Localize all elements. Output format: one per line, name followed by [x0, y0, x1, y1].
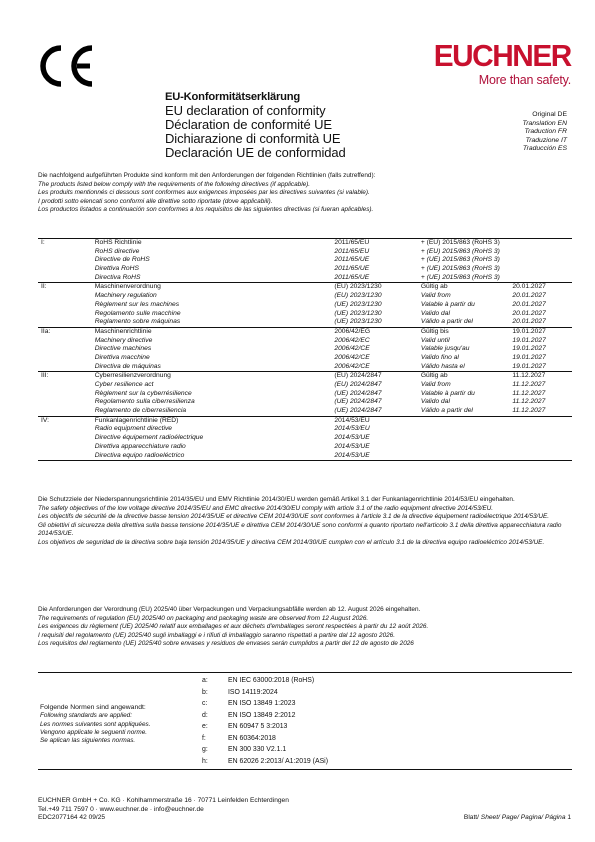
- directive-date: 19.01.2027: [512, 328, 572, 337]
- document-id: EDC2077164 42 09/25: [38, 814, 289, 823]
- standards-label-fr: Les normes suivantes sont appliquées.: [40, 721, 150, 729]
- lang-fr: Traduction FR: [523, 128, 567, 137]
- intro-fr: Les produits mentionnés ci dessous sont …: [38, 189, 568, 198]
- standard-item: g:EN 300 330 V2.1.1: [202, 744, 328, 756]
- euchner-logo: EUCHNER More than safety.: [428, 40, 571, 87]
- standard-name: ISO 14119:2024: [228, 687, 278, 699]
- directive-name: Machinery regulation: [95, 292, 335, 301]
- directive-name: Règlement sur la cyberrésilience: [95, 390, 335, 399]
- directive-number: [38, 265, 95, 274]
- directive-validity: Valid until: [421, 337, 512, 346]
- directive-row: Direttiva RoHS2011/65/UE+ (UE) 2015/863 …: [38, 265, 572, 274]
- standard-letter: g:: [202, 744, 228, 756]
- directive-date: [512, 239, 572, 248]
- applied-standards: Folgende Normen sind angewandt: Followin…: [38, 672, 572, 770]
- directive-row: Règlement sur les machines(UE) 2023/1230…: [38, 301, 572, 310]
- directive-name: Regolamento sulla ciberresilienza: [95, 398, 335, 407]
- directive-validity: [421, 452, 512, 461]
- directive-validity: [421, 425, 512, 434]
- directive-row: Radio equipment directive2014/53/EU: [38, 425, 572, 434]
- safety-es: Los objetivos de seguridad de la directi…: [38, 539, 573, 548]
- standard-item: d:EN ISO 13849 2:2012: [202, 710, 328, 722]
- directive-number: [38, 301, 95, 310]
- directive-number: [38, 345, 95, 354]
- directive-date: 20.01.2027: [512, 283, 572, 292]
- directive-validity: Gültig ab: [421, 283, 512, 292]
- directive-validity: [421, 443, 512, 452]
- directive-row: Reglamento de ciberresiliencia(UE) 2024/…: [38, 407, 572, 416]
- standard-letter: d:: [202, 710, 228, 722]
- directive-number: [38, 292, 95, 301]
- lang-es: Traducción ES: [523, 145, 567, 154]
- directive-reference: 2006/42/CE: [334, 354, 421, 363]
- standard-name: EN ISO 13849 2:2012: [228, 710, 295, 722]
- safety-en: The safety objectives of the low voltage…: [38, 505, 573, 514]
- directive-name: Machinery directive: [95, 337, 335, 346]
- standards-label-it: Vengono applicate le seguenti norme.: [40, 729, 150, 737]
- directive-validity: Valable jusqu'au: [421, 345, 512, 354]
- directive-name: Directive machines: [95, 345, 335, 354]
- directive-name: Règlement sur les machines: [95, 301, 335, 310]
- directive-group: I:RoHS Richtlinie2011/65/EU+ (EU) 2015/8…: [38, 239, 572, 283]
- standard-name: EN 60947 5 3:2013: [228, 721, 287, 733]
- directive-reference: (UE) 2024/2847: [334, 407, 421, 416]
- title-fr: Déclaration de conformité UE: [165, 118, 346, 132]
- intro-de: Die nachfolgend aufgeführten Produkte si…: [38, 172, 568, 181]
- packaging-de: Die Anforderungen der Verordnung (EU) 20…: [38, 606, 573, 615]
- directive-name: Direttiva RoHS: [95, 265, 335, 274]
- directive-group: II:Maschinenverordnung(EU) 2023/1230Gült…: [38, 283, 572, 327]
- directive-group: IV:Funkanlagenrichtlinie (RED)2014/53/EU…: [38, 417, 572, 461]
- directive-number: [38, 318, 95, 327]
- directive-number: [38, 248, 95, 257]
- directive-number: [38, 274, 95, 283]
- directive-row: I:RoHS Richtlinie2011/65/EU+ (EU) 2015/8…: [38, 239, 572, 248]
- directive-row: RoHS directive2011/65/EU+ (EU) 2015/863 …: [38, 248, 572, 257]
- title-it: Dichiarazione di conformità UE: [165, 132, 346, 146]
- directive-row: IV:Funkanlagenrichtlinie (RED)2014/53/EU: [38, 417, 572, 426]
- directive-validity: [421, 417, 512, 426]
- directive-date: 19.01.2027: [512, 345, 572, 354]
- standards-label-es: Se aplican las siguientes normas.: [40, 737, 150, 745]
- directive-date: 20.01.2027: [512, 310, 572, 319]
- directive-reference: 2011/65/EU: [334, 239, 421, 248]
- directive-reference: (EU) 2023/1230: [334, 283, 421, 292]
- directive-date: [512, 434, 572, 443]
- directive-date: 11.12.2027: [512, 390, 572, 399]
- directive-name: Directiva equipo radioeléctrico: [95, 452, 335, 461]
- packaging-en: The requirements of regulation (EU) 2025…: [38, 615, 573, 624]
- standard-letter: e:: [202, 721, 228, 733]
- directive-row: II:Maschinenverordnung(EU) 2023/1230Gült…: [38, 283, 572, 292]
- directive-row: Directiva equipo radioeléctrico2014/53/U…: [38, 452, 572, 461]
- brand-tagline: More than safety.: [428, 73, 571, 87]
- title-de: EU-Konformitätserklärung: [165, 90, 346, 104]
- standards-label-en: Following standards are applied:: [40, 712, 150, 720]
- directive-number: I:: [38, 239, 95, 248]
- standard-item: f:EN 60364:2018: [202, 733, 328, 745]
- directive-date: 11.12.2027: [512, 398, 572, 407]
- page-number: 1: [567, 814, 571, 821]
- directive-date: 19.01.2027: [512, 337, 572, 346]
- directive-validity: Valable à partir du: [421, 301, 512, 310]
- directive-date: [512, 265, 572, 274]
- directive-name: Direttiva macchine: [95, 354, 335, 363]
- directive-row: Regolamento sulla ciberresilienza(UE) 20…: [38, 398, 572, 407]
- directive-reference: (EU) 2024/2847: [334, 372, 421, 381]
- directive-row: Direttiva apparecchiature radio2014/53/U…: [38, 443, 572, 452]
- directive-number: III:: [38, 372, 95, 381]
- directive-date: 19.01.2027: [512, 363, 572, 372]
- directive-number: [38, 443, 95, 452]
- footer: EUCHNER GmbH + Co. KG · Kohlhammerstraße…: [38, 797, 289, 823]
- directive-date: 11.12.2027: [512, 372, 572, 381]
- page-info: Blatt/ Sheet/ Page/ Pagina/ Página 1: [464, 814, 571, 823]
- directive-number: [38, 354, 95, 363]
- directive-reference: 2014/53/UE: [334, 443, 421, 452]
- directive-reference: (UE) 2024/2847: [334, 398, 421, 407]
- directive-reference: (EU) 2023/1230: [334, 292, 421, 301]
- directive-row: III:Cyberresilienzverordnung(EU) 2024/28…: [38, 372, 572, 381]
- directive-reference: (UE) 2023/1230: [334, 310, 421, 319]
- directive-number: [38, 398, 95, 407]
- directive-reference: 2006/42/CE: [334, 345, 421, 354]
- directive-validity: Gültig ab: [421, 372, 512, 381]
- directive-row: Règlement sur la cyberrésilience(UE) 202…: [38, 390, 572, 399]
- directive-group: III:Cyberresilienzverordnung(EU) 2024/28…: [38, 372, 572, 416]
- standard-name: EN 300 330 V2.1.1: [228, 744, 286, 756]
- standards-list: a:EN IEC 63000:2018 (RoHS)b:ISO 14119:20…: [202, 675, 328, 767]
- packaging-es: Los requisitos del reglamento (UE) 2025/…: [38, 640, 573, 649]
- standard-item: a:EN IEC 63000:2018 (RoHS): [202, 675, 328, 687]
- directive-date: [512, 425, 572, 434]
- directive-reference: (EU) 2024/2847: [334, 381, 421, 390]
- directive-reference: 2014/53/UE: [334, 452, 421, 461]
- directive-number: [38, 381, 95, 390]
- directive-name: Radio equipment directive: [95, 425, 335, 434]
- directive-name: Directive équipement radioélectrique: [95, 434, 335, 443]
- directive-reference: 2006/42/EC: [334, 337, 421, 346]
- directive-validity: + (UE) 2015/863 (RoHS 3): [421, 256, 512, 265]
- directive-row: Machinery directive2006/42/ECValid until…: [38, 337, 572, 346]
- directive-name: RoHS Richtlinie: [95, 239, 335, 248]
- standards-label-de: Folgende Normen sind angewandt:: [40, 704, 150, 712]
- directive-validity: Valable à partir du: [421, 390, 512, 399]
- directive-validity: Valido dal: [421, 398, 512, 407]
- directive-reference: 2011/65/UE: [334, 256, 421, 265]
- intro-statement: Die nachfolgend aufgeführten Produkte si…: [38, 172, 568, 215]
- directive-row: Directiva de máquinas2006/42/CEVálido ha…: [38, 363, 572, 372]
- directive-date: 20.01.2027: [512, 292, 572, 301]
- directive-number: [38, 407, 95, 416]
- directive-validity: Válido a partir del: [421, 318, 512, 327]
- directive-row: Direttiva macchine2006/42/CEValido fino …: [38, 354, 572, 363]
- directive-validity: Gültig bis: [421, 328, 512, 337]
- directive-reference: 2006/42/CE: [334, 363, 421, 372]
- standard-item: c:EN ISO 13849 1:2023: [202, 698, 328, 710]
- standard-letter: f:: [202, 733, 228, 745]
- directive-row: IIa:Maschinenrichtlinie2006/42/EGGültig …: [38, 328, 572, 337]
- ce-mark-icon: [40, 44, 96, 88]
- standard-letter: b:: [202, 687, 228, 699]
- packaging-it: I requisiti del regolamento (UE) 2025/40…: [38, 632, 573, 641]
- directive-validity: Valido dal: [421, 310, 512, 319]
- directive-name: Maschinenverordnung: [95, 283, 335, 292]
- directive-name: Regolamento sulle macchine: [95, 310, 335, 319]
- safety-objectives: Die Schutzziele der Niederspannungsricht…: [38, 496, 573, 548]
- directive-date: 11.12.2027: [512, 381, 572, 390]
- safety-de: Die Schutzziele der Niederspannungsricht…: [38, 496, 573, 505]
- directive-reference: (UE) 2024/2847: [334, 390, 421, 399]
- directive-name: Reglamento sobre máquinas: [95, 318, 335, 327]
- directive-date: [512, 452, 572, 461]
- standard-letter: a:: [202, 675, 228, 687]
- directive-row: Regolamento sulle macchine(UE) 2023/1230…: [38, 310, 572, 319]
- directive-validity: + (EU) 2015/863 (RoHS 3): [421, 239, 512, 248]
- directive-date: 20.01.2027: [512, 301, 572, 310]
- directive-number: [38, 310, 95, 319]
- directive-row: Machinery regulation(EU) 2023/1230Valid …: [38, 292, 572, 301]
- directive-number: [38, 452, 95, 461]
- lang-en: Translation EN: [523, 120, 567, 129]
- directive-reference: 2011/65/EU: [334, 248, 421, 257]
- directive-validity: Valido fino al: [421, 354, 512, 363]
- directive-reference: 2014/53/EU: [334, 425, 421, 434]
- standard-name: EN 62026 2:2013/ A1:2019 (ASi): [228, 756, 328, 768]
- standard-name: EN 60364:2018: [228, 733, 276, 745]
- brand-name: EUCHNER: [434, 40, 571, 71]
- directive-number: [38, 363, 95, 372]
- standard-item: b:ISO 14119:2024: [202, 687, 328, 699]
- directive-number: [38, 434, 95, 443]
- directive-reference: (UE) 2023/1230: [334, 301, 421, 310]
- directive-date: [512, 256, 572, 265]
- directive-reference: (UE) 2023/1230: [334, 318, 421, 327]
- directive-validity: + (EU) 2015/863 (RoHS 3): [421, 248, 512, 257]
- directive-validity: + (UE) 2015/863 (RoHS 3): [421, 274, 512, 283]
- directive-validity: Valid from: [421, 381, 512, 390]
- page-label-translations: Sheet/ Page/ Pagina/ Página: [481, 814, 566, 821]
- directive-date: 19.01.2027: [512, 354, 572, 363]
- directive-row: Directiva RoHS2011/65/UE+ (UE) 2015/863 …: [38, 274, 572, 283]
- directive-number: [38, 337, 95, 346]
- standard-item: e:EN 60947 5 3:2013: [202, 721, 328, 733]
- directive-row: Directive de RoHS2011/65/UE+ (UE) 2015/8…: [38, 256, 572, 265]
- directive-reference: 2006/42/EG: [334, 328, 421, 337]
- directive-name: Funkanlagenrichtlinie (RED): [95, 417, 335, 426]
- page-label-de: Blatt/: [464, 814, 479, 821]
- standard-name: EN IEC 63000:2018 (RoHS): [228, 675, 314, 687]
- company-contact: Tel.+49 711 7597 0 · www.euchner.de · in…: [38, 806, 289, 815]
- standard-item: h:EN 62026 2:2013/ A1:2019 (ASi): [202, 756, 328, 768]
- packaging-fr: Les exigences du règlement (UE) 2025/40 …: [38, 623, 573, 632]
- standard-letter: c:: [202, 698, 228, 710]
- lang-original: Original DE: [523, 111, 567, 120]
- title-en: EU declaration of conformity: [165, 104, 346, 118]
- directive-row: Reglamento sobre máquinas(UE) 2023/1230V…: [38, 318, 572, 327]
- language-versions: Original DE Translation EN Traduction FR…: [523, 111, 567, 154]
- directive-name: Directiva de máquinas: [95, 363, 335, 372]
- intro-es: Los productos listados a continuación so…: [38, 206, 568, 215]
- directive-number: IIa:: [38, 328, 95, 337]
- directive-validity: Válido a partir del: [421, 407, 512, 416]
- directive-name: Cyber resilience act: [95, 381, 335, 390]
- standards-label: Folgende Normen sind angewandt: Followin…: [40, 704, 150, 745]
- directive-date: 11.12.2027: [512, 407, 572, 416]
- directive-number: II:: [38, 283, 95, 292]
- title-es: Declaración UE de conformidad: [165, 146, 346, 160]
- directive-group: IIa:Maschinenrichtlinie2006/42/EGGültig …: [38, 328, 572, 372]
- directive-number: [38, 256, 95, 265]
- directive-reference: 2011/65/UE: [334, 274, 421, 283]
- directive-number: IV:: [38, 417, 95, 426]
- safety-it: Gli obiettivi di sicurezza della diretti…: [38, 522, 573, 539]
- directive-validity: Valid from: [421, 292, 512, 301]
- standard-name: EN ISO 13849 1:2023: [228, 698, 295, 710]
- directive-name: Maschinenrichtlinie: [95, 328, 335, 337]
- company-address: EUCHNER GmbH + Co. KG · Kohlhammerstraße…: [38, 797, 289, 806]
- directive-name: RoHS directive: [95, 248, 335, 257]
- directive-name: Reglamento de ciberresiliencia: [95, 407, 335, 416]
- directive-date: [512, 443, 572, 452]
- directive-row: Directive équipement radioélectrique2014…: [38, 434, 572, 443]
- directive-reference: 2011/65/UE: [334, 265, 421, 274]
- directive-number: [38, 425, 95, 434]
- directive-date: [512, 417, 572, 426]
- intro-en: The products listed below comply with th…: [38, 181, 568, 190]
- directive-row: Cyber resilience act(EU) 2024/2847Valid …: [38, 381, 572, 390]
- directive-row: Directive machines2006/42/CEValable jusq…: [38, 345, 572, 354]
- directive-date: 20.01.2027: [512, 318, 572, 327]
- directive-name: Cyberresilienzverordnung: [95, 372, 335, 381]
- directive-date: [512, 274, 572, 283]
- directive-validity: [421, 434, 512, 443]
- directive-reference: 2014/53/EU: [334, 417, 421, 426]
- directive-reference: 2014/53/UE: [334, 434, 421, 443]
- directive-name: Directiva RoHS: [95, 274, 335, 283]
- directive-date: [512, 248, 572, 257]
- packaging-statement: Die Anforderungen der Verordnung (EU) 20…: [38, 606, 573, 649]
- directives-table: I:RoHS Richtlinie2011/65/EU+ (EU) 2015/8…: [38, 238, 572, 461]
- directive-name: Directive de RoHS: [95, 256, 335, 265]
- document-titles: EU-Konformitätserklärung EU declaration …: [165, 90, 346, 160]
- directive-validity: + (UE) 2015/863 (RoHS 3): [421, 265, 512, 274]
- safety-fr: Les objectifs de sécurité de la directiv…: [38, 513, 573, 522]
- standard-letter: h:: [202, 756, 228, 768]
- directive-validity: Válido hasta el: [421, 363, 512, 372]
- directive-number: [38, 390, 95, 399]
- lang-it: Traduzione IT: [523, 137, 567, 146]
- intro-it: I prodotti sotto elencati sono conformi …: [38, 198, 568, 207]
- directive-name: Direttiva apparecchiature radio: [95, 443, 335, 452]
